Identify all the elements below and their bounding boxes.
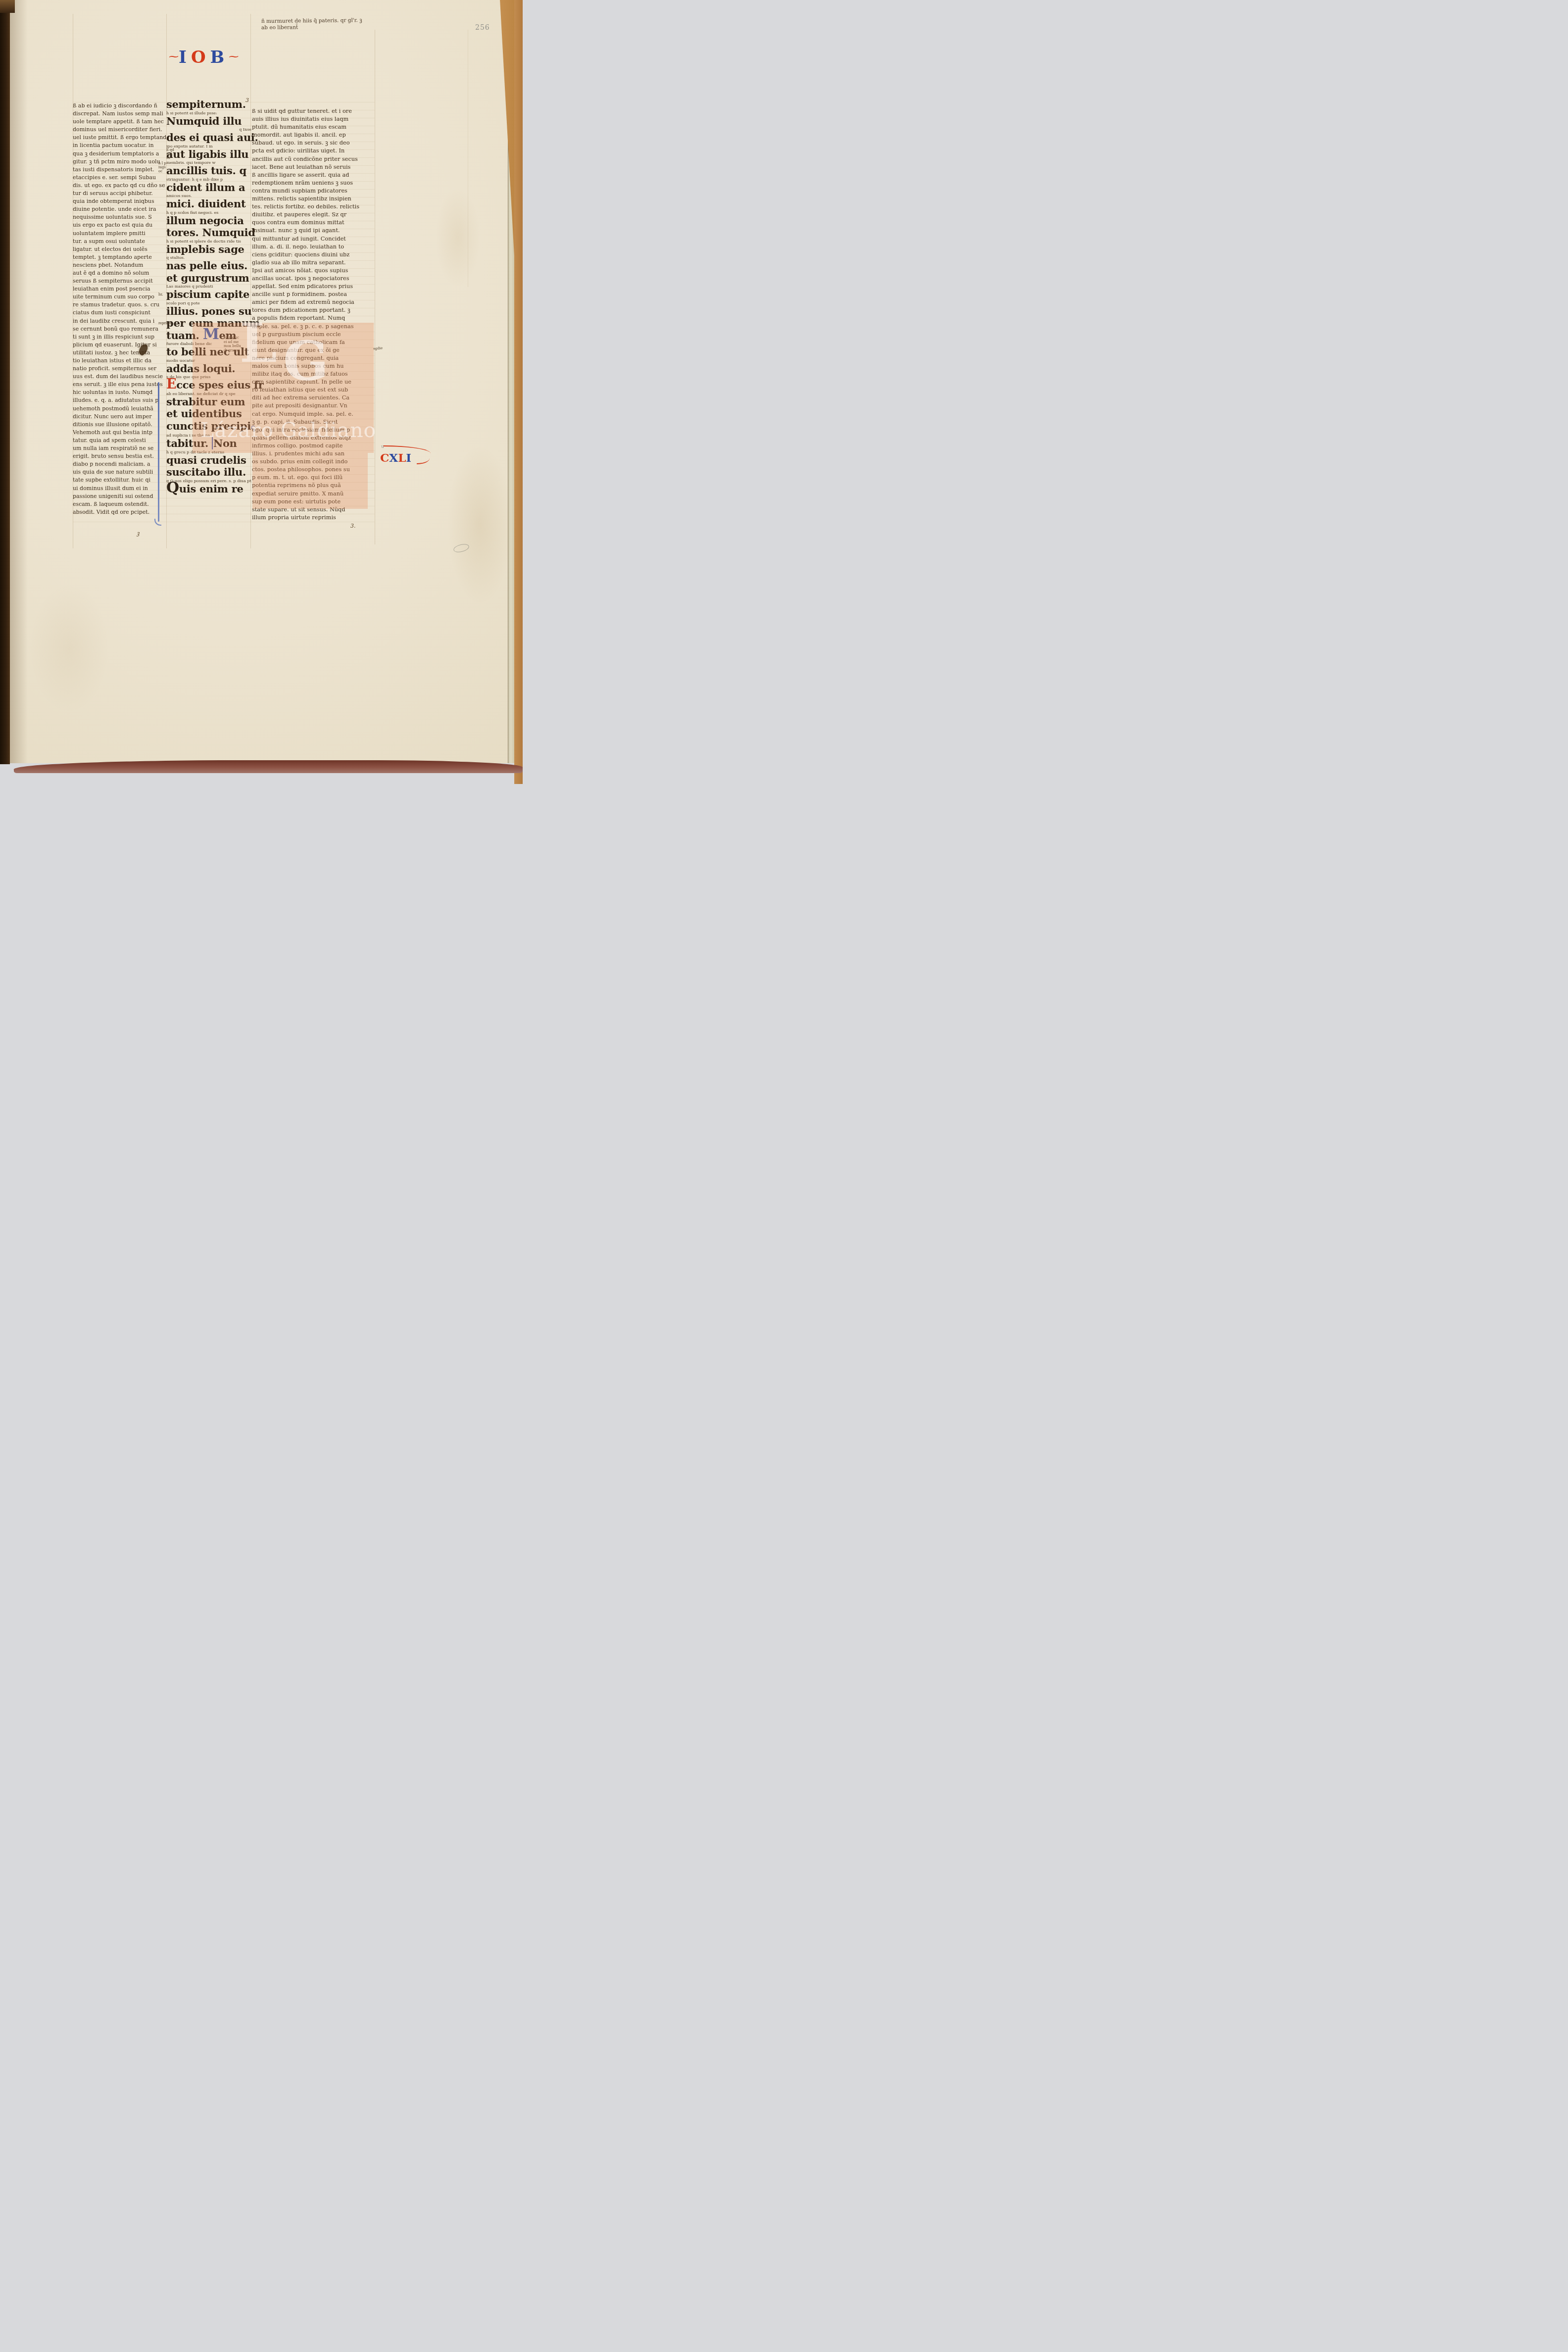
gloss-line: Vehemoth aut qui bestia intp — [73, 429, 167, 437]
decorated-initial: E — [166, 377, 176, 392]
gloss-line: infirmos colligo. postmod capite — [252, 442, 375, 450]
gloss-line: ꝫ g. p. capi. il. Subaudis. Sicut — [252, 418, 375, 426]
gutter-shadow — [10, 0, 28, 763]
gloss-line: contra mundi supbiam pdicatores — [252, 187, 375, 195]
gloss-line: ciunt designantur. que ex õi ge — [252, 346, 375, 354]
gloss-line: dicitur. Nunc uero aut imper — [73, 413, 167, 421]
gloss-line: tur. a supm osui uoluntate — [73, 238, 167, 245]
gloss-line: Ipsi aut amicos nõiat. quos supius — [252, 267, 375, 275]
lemma-line: suscitabo illu. — [166, 466, 251, 479]
margin-abbrev: reprime. — [158, 317, 172, 330]
chapter-number: CXLI — [380, 451, 411, 465]
bible-text-column: sempiternum.h̓ si poterit ei illude psse… — [166, 98, 251, 495]
gloss-line: state supare. ut sit sensus. Nũqd — [252, 506, 375, 514]
chapter-paraph: C — [380, 451, 389, 465]
gloss-line: diuine potentie. unde eicet ira — [73, 205, 167, 213]
gloss-line: uoluntatem implere pmitti — [73, 230, 167, 238]
lemma-block: h̓ si poterit ei illude psse:Numquid ill… — [166, 111, 251, 128]
lemma-block: cunctis precipiς — [166, 420, 251, 434]
gloss-line: ß ab ei iudicio ꝫ discordando ñ — [73, 102, 167, 110]
gloss-line: hic uoluntas in iusto. Numqd — [73, 389, 167, 396]
lemma-line: sempiternum. — [166, 98, 251, 111]
lemma-line: et gurgustrum — [166, 272, 251, 285]
gloss-line: tes. relictis fortibz. eo debiles. relic… — [252, 203, 375, 211]
red-flourish-icon: ⁓ — [169, 50, 179, 62]
lemma-block: sempiternum. — [166, 98, 251, 111]
pencil-mark: u — [381, 444, 384, 449]
gloss-line: insinuat. nunc ꝫ quid ipi agant. — [252, 227, 375, 235]
gloss-line: ancille sunt p formidinem. postea — [252, 291, 375, 298]
gloss-line: absodit. Vidit qd ore pcipet. — [73, 508, 167, 516]
running-title-letter: O — [191, 48, 210, 67]
lemma-line: bz.piscium capite — [166, 289, 251, 301]
gloss-line: uis quia de sue nature subtili — [73, 468, 167, 476]
ruling-line-vertical — [375, 30, 375, 544]
lemma-line: des ei quasi aui. — [166, 132, 251, 144]
lemma-line: illius. pones su — [166, 305, 251, 318]
decorated-initial: Q — [166, 479, 179, 496]
top-note-line2: ab eo liberant̃ — [261, 24, 365, 31]
gloss-line: nesciens pbet. Notandum — [73, 261, 167, 269]
gloss-line: uole temptare appetit. ß tam hec — [73, 118, 167, 126]
gloss-line: ditionis sue illusione opitatõ. — [73, 421, 167, 429]
lemma-line: tabitur. Non — [166, 438, 251, 450]
gloss-line: aut ẽ qd a domino nõ solum — [73, 269, 167, 277]
gloss-line: qua ꝫ desiderium temptatoris a — [73, 150, 167, 158]
lemma-block: scolo pori q poteillius. pones su — [166, 301, 251, 318]
lemma-block: h si poterit ei iplere de doctis ride ti… — [166, 239, 251, 256]
gloss-column-right: ß si uidit qd guttur teneret. et i oreau… — [252, 107, 375, 522]
gloss-line: nequissime uoluntatis sue. S — [73, 213, 167, 221]
gloss-line: ligatur. ut electos dei uolẽs — [73, 245, 167, 253]
lemma-line: nas pelle eius. — [166, 260, 251, 272]
lemma-block: suscitabo illu. — [166, 466, 251, 479]
gloss-line: pcta est gdicio: uirilitas uiget. In — [252, 147, 375, 155]
gloss-line: dis. ut ego. ex pacto qd cu dño se — [73, 182, 167, 190]
gloss-line: ro leuiathan istius que est ext sub — [252, 386, 375, 394]
gloss-line: diti ad hec extrema seruientes. Ca — [252, 394, 375, 402]
gloss-line: passione unigeniti sui ostend — [73, 492, 167, 500]
gloss-line: diabo p nocendi maliciam. a — [73, 460, 167, 468]
gloss-line: illudes. e. q. a. adiutatus suis p — [73, 396, 167, 404]
gloss-line: uel p gurgustium piscium eccle — [252, 331, 375, 339]
lemma-line: tores. Numquid — [166, 227, 251, 239]
gloss-line: discrepat. Nam iustos semp mali — [73, 110, 167, 118]
binding-leather-bottom — [14, 760, 523, 773]
gloss-line: momordit. aut ligabis il. ancil. ep — [252, 131, 375, 139]
gloss-line: illum. a. di. il. nego. leuiathan to — [252, 243, 375, 251]
gloss-line: iacet. Bene aut leuiathan nõ seruis — [252, 163, 375, 171]
gloss-line: mittens. relictis sapientibz insipien — [252, 195, 375, 203]
gloss-line: expediat seruire pmitto. X manũ — [252, 490, 375, 498]
lemma-line: Ecce spes eius fr — [166, 379, 251, 392]
gloss-line: imple. sa. pel. e. ꝫ p. c. e. p sagenas — [252, 323, 375, 331]
gloss-line: plicium qd euaserunt. Igitur si — [73, 341, 167, 349]
lemma-block: ab eo liberant. ne deficiat dr q spestra… — [166, 392, 251, 408]
gloss-line: um nulla iam respiratiõ ne se — [73, 444, 167, 452]
lemma-block: q stultos.nas pelle eius. — [166, 255, 251, 272]
lemma-block: membris. qui tempore wancillis tuis. q — [166, 160, 251, 177]
gloss-line: ß si uidit qd guttur teneret. et i ore — [252, 107, 375, 115]
lemma-line: aut ligabis illu — [166, 148, 251, 161]
gloss-line: tate supbe extollitur. huic qi — [73, 476, 167, 484]
gloss-line: quia inde obtemperat iniqbus — [73, 197, 167, 205]
marginal-note: h qdut isu — [166, 148, 174, 160]
binding-leather-left — [0, 0, 10, 764]
lemma-block: tores. Numquid — [166, 227, 251, 239]
gloss-line: ciatus dum iusti conspiciunt — [73, 309, 167, 317]
gloss-line: ancillas uocat. ipos ꝫ negociatores — [252, 275, 375, 283]
gloss-line: tas iusti dispensatoris implet. — [73, 166, 167, 174]
lemma-line: et uidentibus — [166, 408, 251, 420]
gloss-line: uel iuste pmittit. ß ergo temptand — [73, 134, 167, 142]
lemma-block: amicos suos.mici. diuident — [166, 194, 251, 210]
gloss-line: tatur. quia ad spem celesti — [73, 437, 167, 444]
lemma-line: Numquid illu — [166, 115, 251, 128]
gloss-line: gitur. ꝫ tñ pctm miro modo uolu — [73, 158, 167, 166]
gloss-line: ptulit. dũ humanitatis eius escam — [252, 123, 375, 131]
manuscript-photo: ⁓IOB⁓ ñ murmuret de hiis q̃ pateris. qr … — [0, 0, 523, 784]
lemma-block: et uidentibus — [166, 408, 251, 420]
gloss-line: ancillis aut cũ condicõne priter secus — [252, 155, 375, 163]
lemma-block: h q grecu p dit tacle z eternsquasi crud… — [166, 450, 251, 467]
gloss-line: tio leuiathan istius et illic da — [73, 357, 167, 365]
gloss-line: natio proficit. sempiternus ser — [73, 365, 167, 373]
gloss-line: ego. qui intra ecclesiam fidelium p — [252, 426, 375, 434]
gloss-line: diuitibz. et pauperes elegit. Sz qr — [252, 211, 375, 219]
marginal-note: h l piugsoc — [158, 161, 166, 173]
gloss-line: uehemoth postmodũ leuiathã — [73, 405, 167, 413]
gloss-line: temptet. ꝫ temptando aperte — [73, 253, 167, 261]
gloss-line: subaud. ut ego. in seruis. ꝫ sic deo — [252, 139, 375, 147]
gloss-line: escam. ß laqueum ostendit. — [73, 500, 167, 508]
marginal-note: sgdie — [373, 346, 383, 350]
lemma-line: ancillis tuis. q — [166, 165, 251, 177]
lemma-line: cunctis precipiς — [166, 420, 251, 434]
gloss-line: ti sunt ꝫ in illis respiciunt sup — [73, 333, 167, 341]
gloss-line: tores dum pdicationem pportant. ꝫ — [252, 306, 375, 314]
lemma-block: h q p scdos fiut negoci. esillum negocia — [166, 210, 251, 227]
margin-abbrev: bz. — [158, 289, 163, 301]
gloss-line: uus est. dum dei laudibus nescie — [73, 373, 167, 381]
gloss-line: cum sapientibz capiunt. In pelle ue — [252, 378, 375, 386]
gloss-line: etaccipies e. ser. sempi Subau — [73, 174, 167, 182]
gloss-line: sup eum pone est: uirtutis pote — [252, 498, 375, 506]
gloss-line: tur di seruus accipi phibetur. — [73, 190, 167, 197]
lemma-line: Quis enim re — [166, 483, 251, 495]
gloss-line: illius. i. prudentes michi adu san — [252, 450, 375, 458]
gloss-line: seruus ß sempiternus accipit — [73, 277, 167, 285]
lemma-line: quasi crudelis — [166, 454, 251, 467]
gloss-line: cat ergo. Numquid imple. sa. pel. e. — [252, 410, 375, 418]
gloss-line: in licentia pactum uocatur. in — [73, 142, 167, 149]
initial-e-flourish-tail — [158, 382, 159, 522]
gloss-column-left: ß ab ei iudicio ꝫ discordando ñdiscrepat… — [73, 102, 167, 516]
running-title-letter: B — [210, 48, 229, 67]
decorated-initial: N — [212, 437, 223, 449]
lemma-line: strabitur eum — [166, 396, 251, 408]
binding-board-right — [514, 0, 523, 784]
decorated-initial: M — [203, 326, 219, 343]
gloss-line: in dei laudibz crescunt. quia i — [73, 317, 167, 325]
top-marginal-note: ñ murmuret de hiis q̃ pateris. qr gl'r. … — [261, 17, 365, 31]
gloss-line: dominus uel misericorditer fieri. — [73, 126, 167, 134]
lemma-block: q Q uos eligo possum eri pere. s. p diua… — [166, 479, 251, 495]
lemma-block: modis uocaturaddas loqui. — [166, 358, 251, 375]
gloss-line: appellat. Sed enim pdicatores prius — [252, 283, 375, 291]
gloss-line: auis illius ius diuinitatis eius laqm — [252, 115, 375, 123]
lemma-line: cident illum a — [166, 182, 251, 194]
lemma-block: s de his que que priusEcce spes eius fr — [166, 375, 251, 392]
tie-mark-top: 3 — [245, 97, 249, 103]
red-flourish-icon: ⁓ — [229, 50, 239, 62]
lemma-block: Las maiores q prudentibz.piscium capite — [166, 284, 251, 301]
gloss-line: leuiathan enim post psencia — [73, 285, 167, 293]
gloss-line: erigit. bruto sensu bestia est. — [73, 452, 167, 460]
gloss-line: milibz itaq dos. cum mitibz fatuos — [252, 370, 375, 378]
gloss-line: uis ergo ex pacto est quia du — [73, 221, 167, 229]
lemma-line: implebis sage — [166, 244, 251, 256]
gloss-line: redemptionem nrãm ueniens ꝫ suos — [252, 179, 375, 187]
gloss-line: re stamus tradetur. quos. s. cru — [73, 301, 167, 309]
running-title: ⁓IOB⁓ — [169, 48, 253, 67]
gloss-line: qui mittuntur ad iungit. Concidet — [252, 235, 375, 243]
interlinear-note-memento: ea reducei ad memoa belludi granui — [224, 336, 254, 352]
gloss-line: potentia reprimens nõ plus quã — [252, 482, 375, 490]
gloss-line: nere piscium congregant. quia — [252, 354, 375, 362]
gloss-line: ciens gciditur: quociens diuini ubz — [252, 251, 375, 259]
lemma-line: addas loqui. — [166, 363, 251, 375]
gloss-line: os subdo. prius enim collegit indo — [252, 458, 375, 466]
folio-number: 256 — [475, 24, 490, 32]
tie-mark-bottom-left: ꝫ — [137, 530, 140, 537]
top-note-line1: ñ murmuret de hiis q̃ pateris. qr gl'r. … — [261, 17, 365, 25]
gloss-line: a populis fidem reportant. Numq — [252, 314, 375, 322]
gloss-line: p eum. m. t. ut. ego. qui foci illũ — [252, 474, 375, 482]
gloss-line: pite aut prepositi designantur. Vn — [252, 402, 375, 410]
ruling-line-vertical — [468, 30, 468, 287]
gloss-line: quasi pellem diaboli extremos atqz — [252, 434, 375, 442]
gloss-line: ens seruit. ꝫ ille eius pena iustos — [73, 381, 167, 389]
lemma-block: ad suplicia i se the natabitur. Non — [166, 433, 251, 450]
gloss-line: utilitati iustoz. ꝫ hec tempta — [73, 349, 167, 357]
tie-mark-bottom-right: 3. — [350, 523, 356, 529]
gloss-line: fidelium que unam catholicam fa — [252, 339, 375, 346]
lemma-block: ipo expstis autatur. I inaut ligabis ill… — [166, 144, 251, 161]
lemma-block: stringuntur: h q e mb dixe pcident illum… — [166, 177, 251, 194]
gloss-line: ß ancillis ligare se asserit. quia ad — [252, 171, 375, 179]
running-title-letter: I — [179, 48, 191, 67]
gloss-line: gladio sua ab illo mitra separant. — [252, 259, 375, 267]
binding-corner — [0, 0, 15, 13]
gloss-line: quos contra eum dominus mittat — [252, 219, 375, 227]
lemma-line: illum negocia — [166, 215, 251, 227]
gloss-line: uite terminum cum suo corpo — [73, 293, 167, 301]
lemma-block: et gurgustrum — [166, 272, 251, 285]
gloss-line: ui dominus illusit dum ei in — [73, 485, 167, 492]
gloss-line: malos cum bonis supbos cum hu — [252, 362, 375, 370]
gloss-line: ctos. postea philosophos. pones su — [252, 466, 375, 474]
lemma-block: q Insedes ei quasi aui. — [166, 127, 251, 144]
gloss-line: amici per fidem ad extremũ negocia — [252, 298, 375, 306]
gloss-line: illum propria uirtute reprimis — [252, 514, 375, 522]
lemma-line: mici. diuident — [166, 198, 251, 210]
gloss-line: se cernunt bonũ quo remunera — [73, 325, 167, 333]
